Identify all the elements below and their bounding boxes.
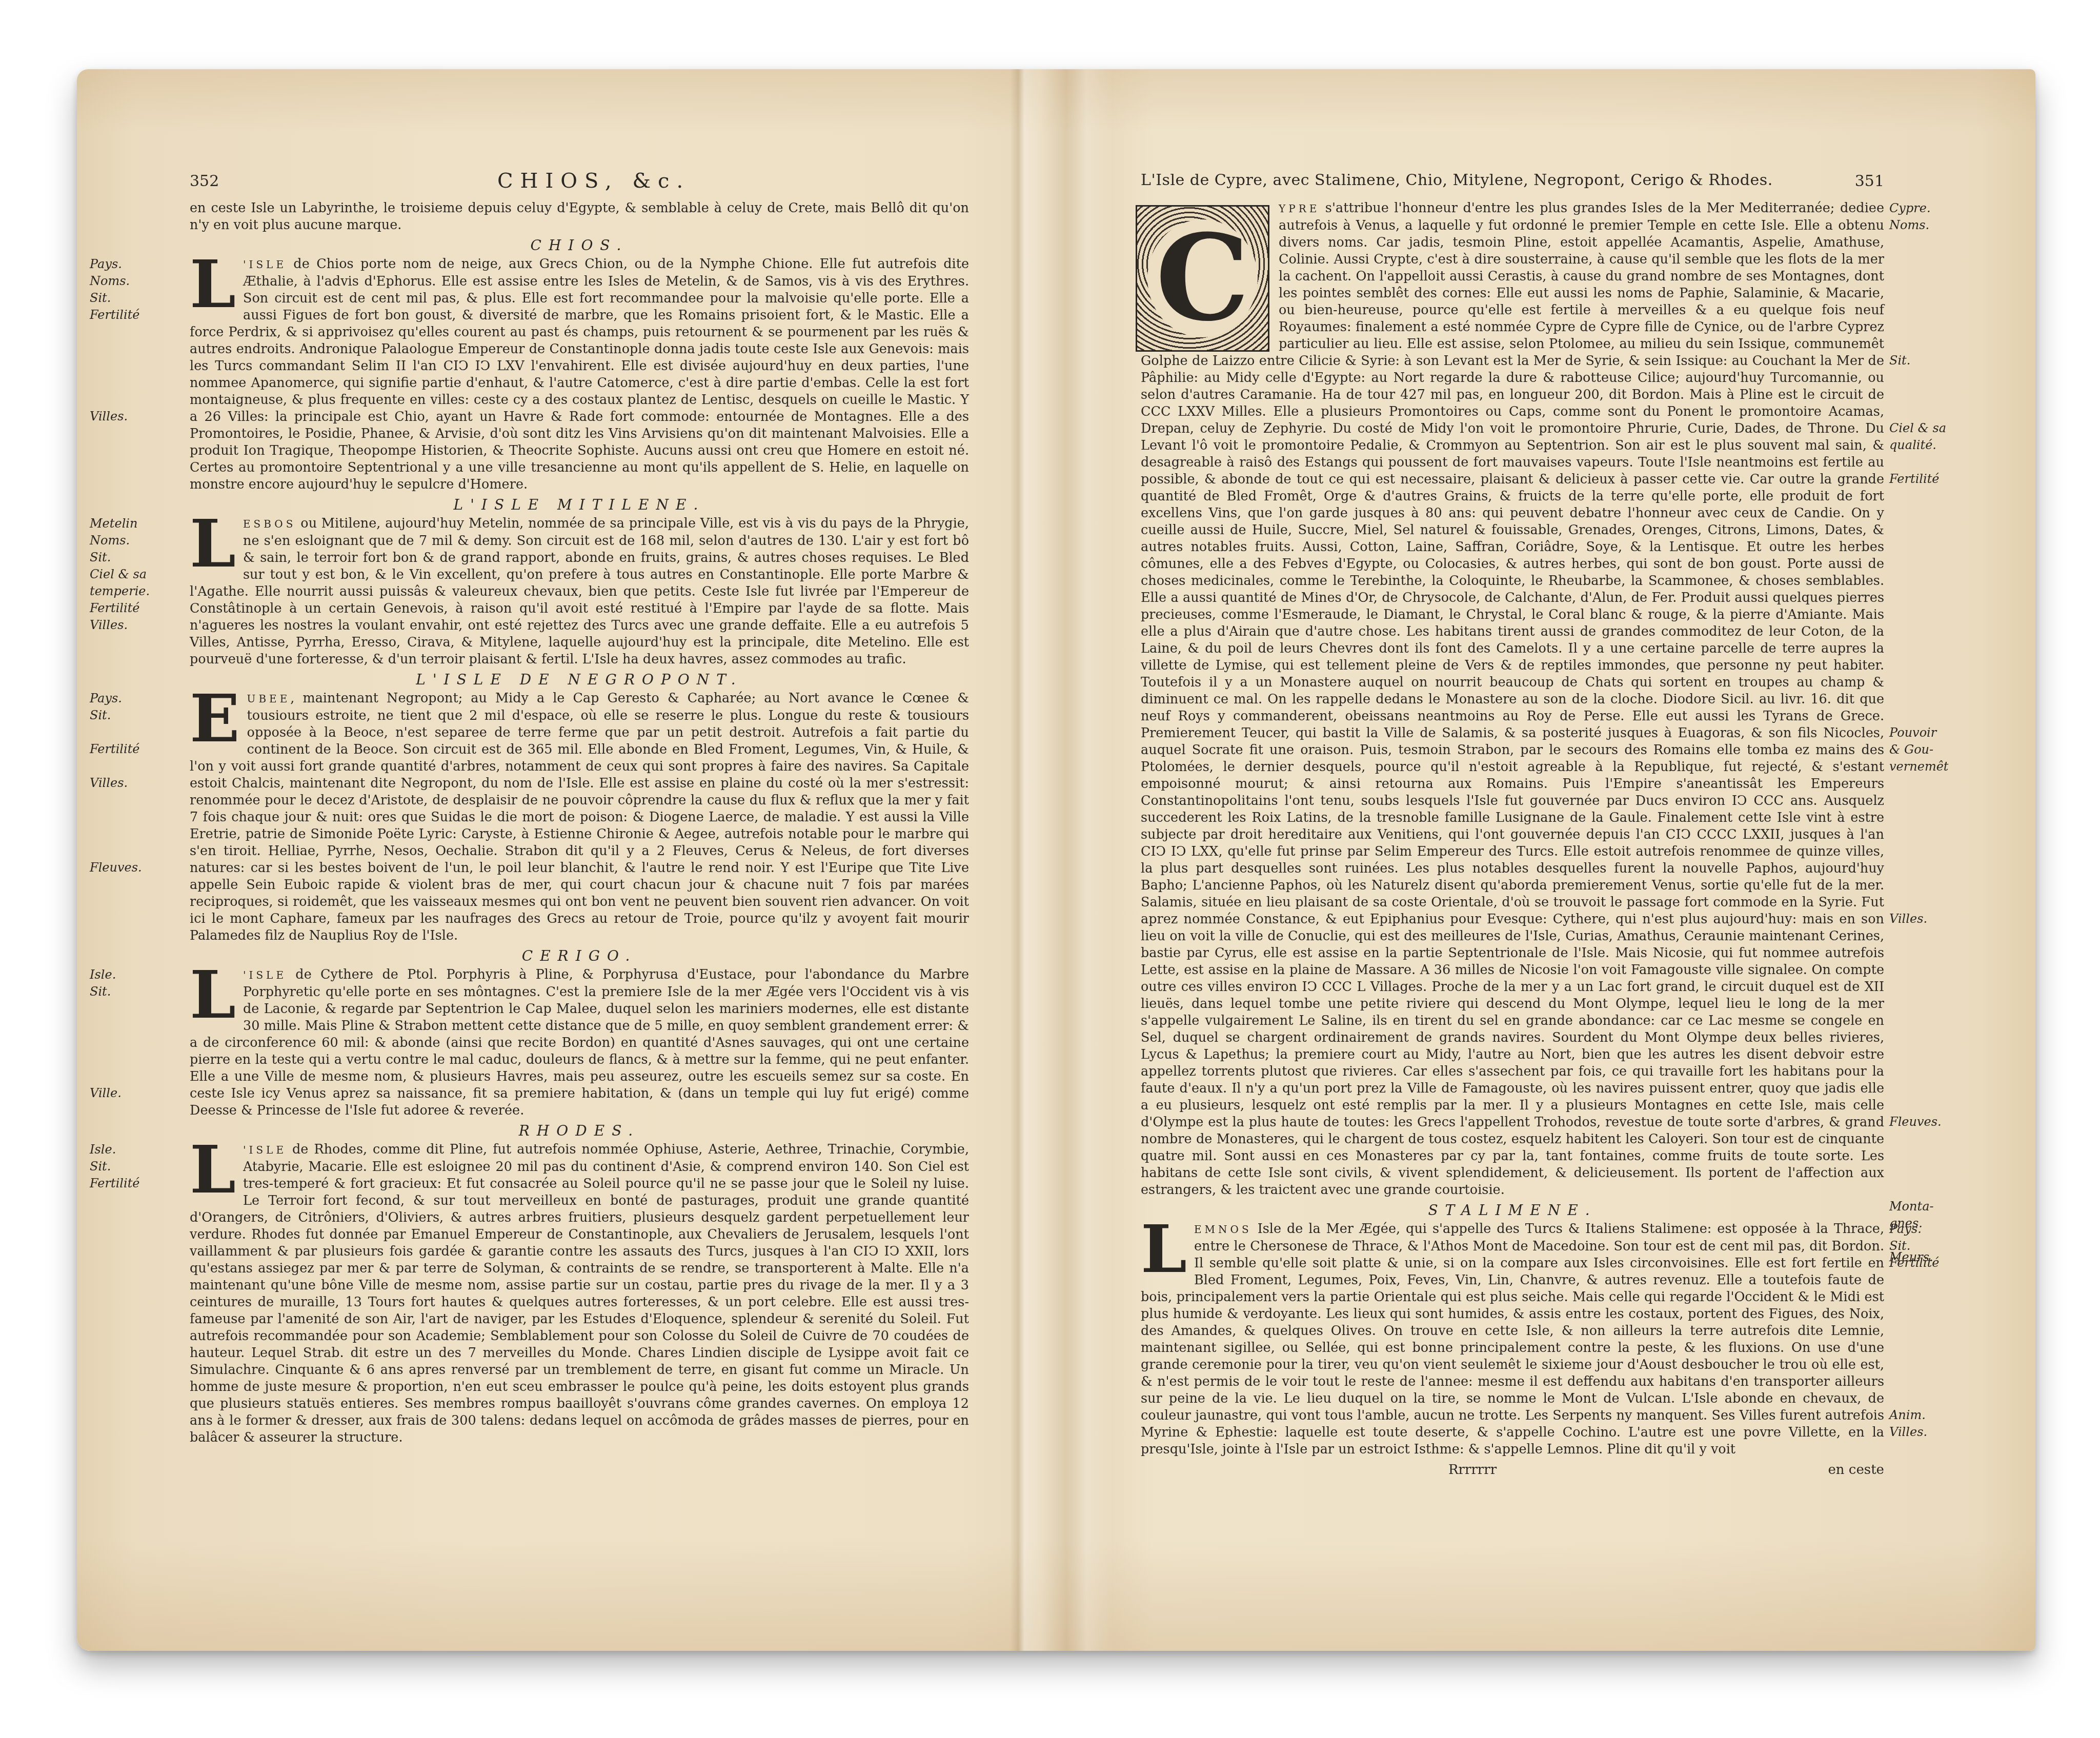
margin-note bbox=[90, 809, 182, 825]
section-negropont: L'ISLE DE NEGROPONT. Pays.Sit. Fertilité… bbox=[190, 671, 969, 944]
signature-mark: Rrrrrrr bbox=[1448, 1462, 1497, 1478]
intro-paragraph: en ceste Isle un Labyrinthe, le troisiem… bbox=[190, 200, 969, 234]
margin-note bbox=[1889, 1271, 1961, 1288]
margin-note bbox=[1889, 403, 1961, 420]
margin-note bbox=[90, 758, 182, 775]
margin-note bbox=[1889, 1029, 1961, 1046]
margin-note bbox=[1889, 606, 1961, 623]
right-page: L'Isle de Cypre, avec Stalimene, Chio, M… bbox=[1141, 169, 1884, 1483]
margin-note bbox=[1889, 538, 1961, 555]
margin-note: qualité. bbox=[1889, 437, 1961, 454]
margin-note bbox=[1889, 775, 1961, 792]
margin-note: Pouvoir bbox=[1889, 724, 1961, 741]
section-text: L'ISLE de Chios porte nom de neige, aux … bbox=[190, 256, 969, 493]
drop-cap: L bbox=[190, 517, 236, 571]
margin-note: Villes. bbox=[1889, 1424, 1961, 1441]
page-footer: Rrrrrrr en ceste bbox=[1141, 1462, 1884, 1483]
margin-note bbox=[1889, 1130, 1961, 1147]
margin-note: Pays. bbox=[90, 256, 182, 273]
margin-note bbox=[1889, 1097, 1961, 1114]
section-text: L'ISLE de Cythere de Ptol. Porphyris à P… bbox=[190, 966, 969, 1119]
margin-note bbox=[90, 324, 182, 340]
margin-note: Pays. bbox=[90, 690, 182, 707]
drop-cap: L bbox=[190, 1143, 236, 1197]
running-head: L'Isle de Cypre, avec Stalimene, Chio, M… bbox=[1141, 169, 1884, 200]
margin-note: Fertilité bbox=[1889, 1255, 1961, 1271]
margin-note bbox=[90, 825, 182, 842]
margin-note: Pays. bbox=[1889, 1221, 1961, 1238]
margin-note: Sit. bbox=[90, 1158, 182, 1175]
margin-note bbox=[1889, 234, 1961, 251]
drop-cap: E bbox=[190, 692, 240, 745]
drop-cap: L bbox=[190, 968, 236, 1022]
section-title: L'ISLE DE NEGROPONT. bbox=[190, 671, 969, 688]
margin-note bbox=[90, 792, 182, 809]
margin-notes: Pays.Sit.Fertilité Anim.Villes. bbox=[1889, 1221, 1961, 1441]
margin-note bbox=[1889, 369, 1961, 386]
margin-note: Isle. bbox=[90, 966, 182, 983]
left-page: 352 CHIOS, &c. en ceste Isle un Labyrint… bbox=[190, 169, 969, 1446]
page-number: 351 bbox=[1855, 172, 1884, 190]
margin-notes: Cypre.Noms. Sit. Ciel & saqualité. Ferti… bbox=[1889, 200, 1961, 1266]
margin-note bbox=[1889, 860, 1961, 877]
margin-note: Fertilité bbox=[1889, 471, 1961, 488]
margin-note bbox=[1889, 843, 1961, 860]
margin-notes: Pays.Noms.Sit.Fertilité Villes. bbox=[90, 256, 182, 425]
ornamental-drop-cap: C bbox=[1136, 205, 1269, 352]
margin-note: Sit. bbox=[1889, 1238, 1961, 1255]
margin-note bbox=[1889, 1390, 1961, 1407]
margin-note bbox=[1889, 877, 1961, 894]
section-chios: CHIOS. Pays.Noms.Sit.Fertilité Villes. L… bbox=[190, 237, 969, 493]
margin-note bbox=[1889, 995, 1961, 1012]
margin-note bbox=[1889, 301, 1961, 318]
catchword: en ceste bbox=[1828, 1462, 1884, 1478]
margin-note: Sit. bbox=[90, 707, 182, 724]
margin-note: Noms. bbox=[1889, 217, 1961, 234]
margin-note: vernemêt bbox=[1889, 758, 1961, 775]
margin-note bbox=[1889, 1012, 1961, 1029]
margin-note bbox=[1889, 1181, 1961, 1198]
section-title: L'ISLE MITILENE. bbox=[190, 496, 969, 513]
running-title: L'Isle de Cypre, avec Stalimene, Chio, M… bbox=[1141, 171, 1773, 189]
margin-note bbox=[1889, 1288, 1961, 1305]
margin-note: Monta- bbox=[1889, 1198, 1961, 1215]
margin-note bbox=[90, 340, 182, 357]
margin-note bbox=[1889, 386, 1961, 403]
drop-cap: L bbox=[1141, 1223, 1187, 1276]
margin-note: Fertilité bbox=[90, 1175, 182, 1192]
margin-note bbox=[90, 842, 182, 859]
margin-note: Ciel & sa bbox=[1889, 420, 1961, 437]
margin-note: Anim. bbox=[1889, 1407, 1961, 1424]
margin-note: Cypre. bbox=[1889, 200, 1961, 217]
margin-note: temperie. bbox=[90, 583, 182, 600]
margin-note bbox=[1889, 1063, 1961, 1080]
section-title: RHODES. bbox=[190, 1122, 969, 1139]
margin-note: Villes. bbox=[90, 408, 182, 425]
margin-notes: Isle.Sit.Fertilité bbox=[90, 1141, 182, 1192]
margin-note bbox=[1889, 623, 1961, 640]
margin-note bbox=[1889, 674, 1961, 691]
section-title: STALIMENE. bbox=[1141, 1202, 1884, 1219]
margin-note bbox=[1889, 268, 1961, 285]
margin-note bbox=[1889, 504, 1961, 521]
margin-note bbox=[1889, 792, 1961, 809]
margin-note bbox=[90, 1000, 182, 1017]
section-text: LESBOS ou Mitilene, aujourd'huy Metelin,… bbox=[190, 515, 969, 668]
margin-note bbox=[1889, 318, 1961, 335]
margin-note bbox=[90, 391, 182, 408]
section-text: LEMNOS Isle de la Mer Ægée, qui s'appell… bbox=[1141, 1221, 1884, 1458]
margin-note: Fleuves. bbox=[1889, 1114, 1961, 1130]
section-stalimene: STALIMENE. Pays.Sit.Fertilité Anim.Ville… bbox=[1141, 1202, 1884, 1458]
section-text: CYPRE s'attribue l'honneur d'entre les p… bbox=[1141, 200, 1884, 1199]
margin-notes: Pays.Sit. Fertilité Villes. Fleuves. bbox=[90, 690, 182, 876]
margin-note bbox=[1889, 1356, 1961, 1373]
margin-note: Metelin bbox=[90, 515, 182, 532]
margin-note bbox=[1889, 640, 1961, 657]
margin-note bbox=[1889, 1322, 1961, 1339]
margin-note bbox=[1889, 826, 1961, 843]
margin-note bbox=[1889, 589, 1961, 606]
section-cypre: Cypre.Noms. Sit. Ciel & saqualité. Ferti… bbox=[1141, 200, 1884, 1199]
section-mitilene: L'ISLE MITILENE. MetelinNoms.Sit.Ciel & … bbox=[190, 496, 969, 668]
section-rhodes: RHODES. Isle.Sit.Fertilité L'ISLE de Rho… bbox=[190, 1122, 969, 1446]
margin-note bbox=[1889, 521, 1961, 538]
margin-note bbox=[1889, 961, 1961, 978]
margin-note bbox=[1889, 285, 1961, 301]
margin-note bbox=[1889, 1147, 1961, 1164]
margin-note bbox=[1889, 1080, 1961, 1097]
section-cerigo: CERIGO. Isle.Sit. Ville. L'ISLE de Cythe… bbox=[190, 947, 969, 1119]
margin-note: Noms. bbox=[90, 532, 182, 549]
margin-note bbox=[1889, 927, 1961, 944]
section-title: CERIGO. bbox=[190, 947, 969, 964]
section-title: CHIOS. bbox=[190, 237, 969, 254]
margin-note: Fleuves. bbox=[90, 859, 182, 876]
margin-note bbox=[1889, 1373, 1961, 1390]
margin-note: Ville. bbox=[90, 1085, 182, 1102]
margin-note: Isle. bbox=[90, 1141, 182, 1158]
margin-note bbox=[1889, 555, 1961, 572]
margin-note: Sit. bbox=[90, 983, 182, 1000]
margin-note: Villes. bbox=[90, 617, 182, 634]
margin-note bbox=[1889, 978, 1961, 995]
margin-note: Ciel & sa bbox=[90, 566, 182, 583]
margin-note: Fertilité bbox=[90, 307, 182, 324]
margin-notes: MetelinNoms.Sit.Ciel & satemperie.Fertil… bbox=[90, 515, 182, 634]
margin-note bbox=[90, 1068, 182, 1085]
center-fold bbox=[1010, 69, 1113, 1651]
margin-note bbox=[1889, 809, 1961, 826]
margin-note bbox=[90, 724, 182, 741]
margin-note bbox=[1889, 944, 1961, 961]
margin-note bbox=[1889, 1305, 1961, 1322]
margin-note: Villes. bbox=[1889, 911, 1961, 927]
margin-note bbox=[90, 357, 182, 374]
margin-note bbox=[1889, 488, 1961, 504]
margin-note bbox=[1889, 1339, 1961, 1356]
margin-note bbox=[1889, 335, 1961, 352]
margin-note bbox=[90, 374, 182, 391]
margin-note bbox=[90, 1017, 182, 1034]
margin-notes: Isle.Sit. Ville. bbox=[90, 966, 182, 1102]
margin-note bbox=[90, 1034, 182, 1051]
margin-note bbox=[1889, 572, 1961, 589]
margin-note: Sit. bbox=[90, 549, 182, 566]
margin-note: Sit. bbox=[1889, 352, 1961, 369]
margin-note: Villes. bbox=[90, 775, 182, 792]
margin-note bbox=[90, 1051, 182, 1068]
margin-note: & Gou- bbox=[1889, 741, 1961, 758]
margin-note bbox=[1889, 708, 1961, 724]
running-title: CHIOS, &c. bbox=[497, 169, 690, 193]
section-text: L'ISLE de Rhodes, comme dit Pline, fut a… bbox=[190, 1141, 969, 1446]
margin-note: Noms. bbox=[90, 273, 182, 290]
margin-note bbox=[1889, 454, 1961, 471]
margin-note bbox=[1889, 657, 1961, 674]
drop-cap: L bbox=[190, 258, 236, 311]
page-number: 352 bbox=[190, 172, 219, 190]
margin-note bbox=[1889, 1164, 1961, 1181]
margin-note: Fertilité bbox=[90, 741, 182, 758]
margin-note bbox=[1889, 691, 1961, 708]
margin-note bbox=[1889, 251, 1961, 268]
margin-note bbox=[1889, 894, 1961, 911]
margin-note: Sit. bbox=[90, 290, 182, 307]
section-text: EUBEE, maintenant Negropont; au Midy a l… bbox=[190, 690, 969, 944]
margin-note bbox=[1889, 1046, 1961, 1063]
running-head: 352 CHIOS, &c. bbox=[190, 169, 969, 200]
margin-note: Fertilité bbox=[90, 600, 182, 617]
